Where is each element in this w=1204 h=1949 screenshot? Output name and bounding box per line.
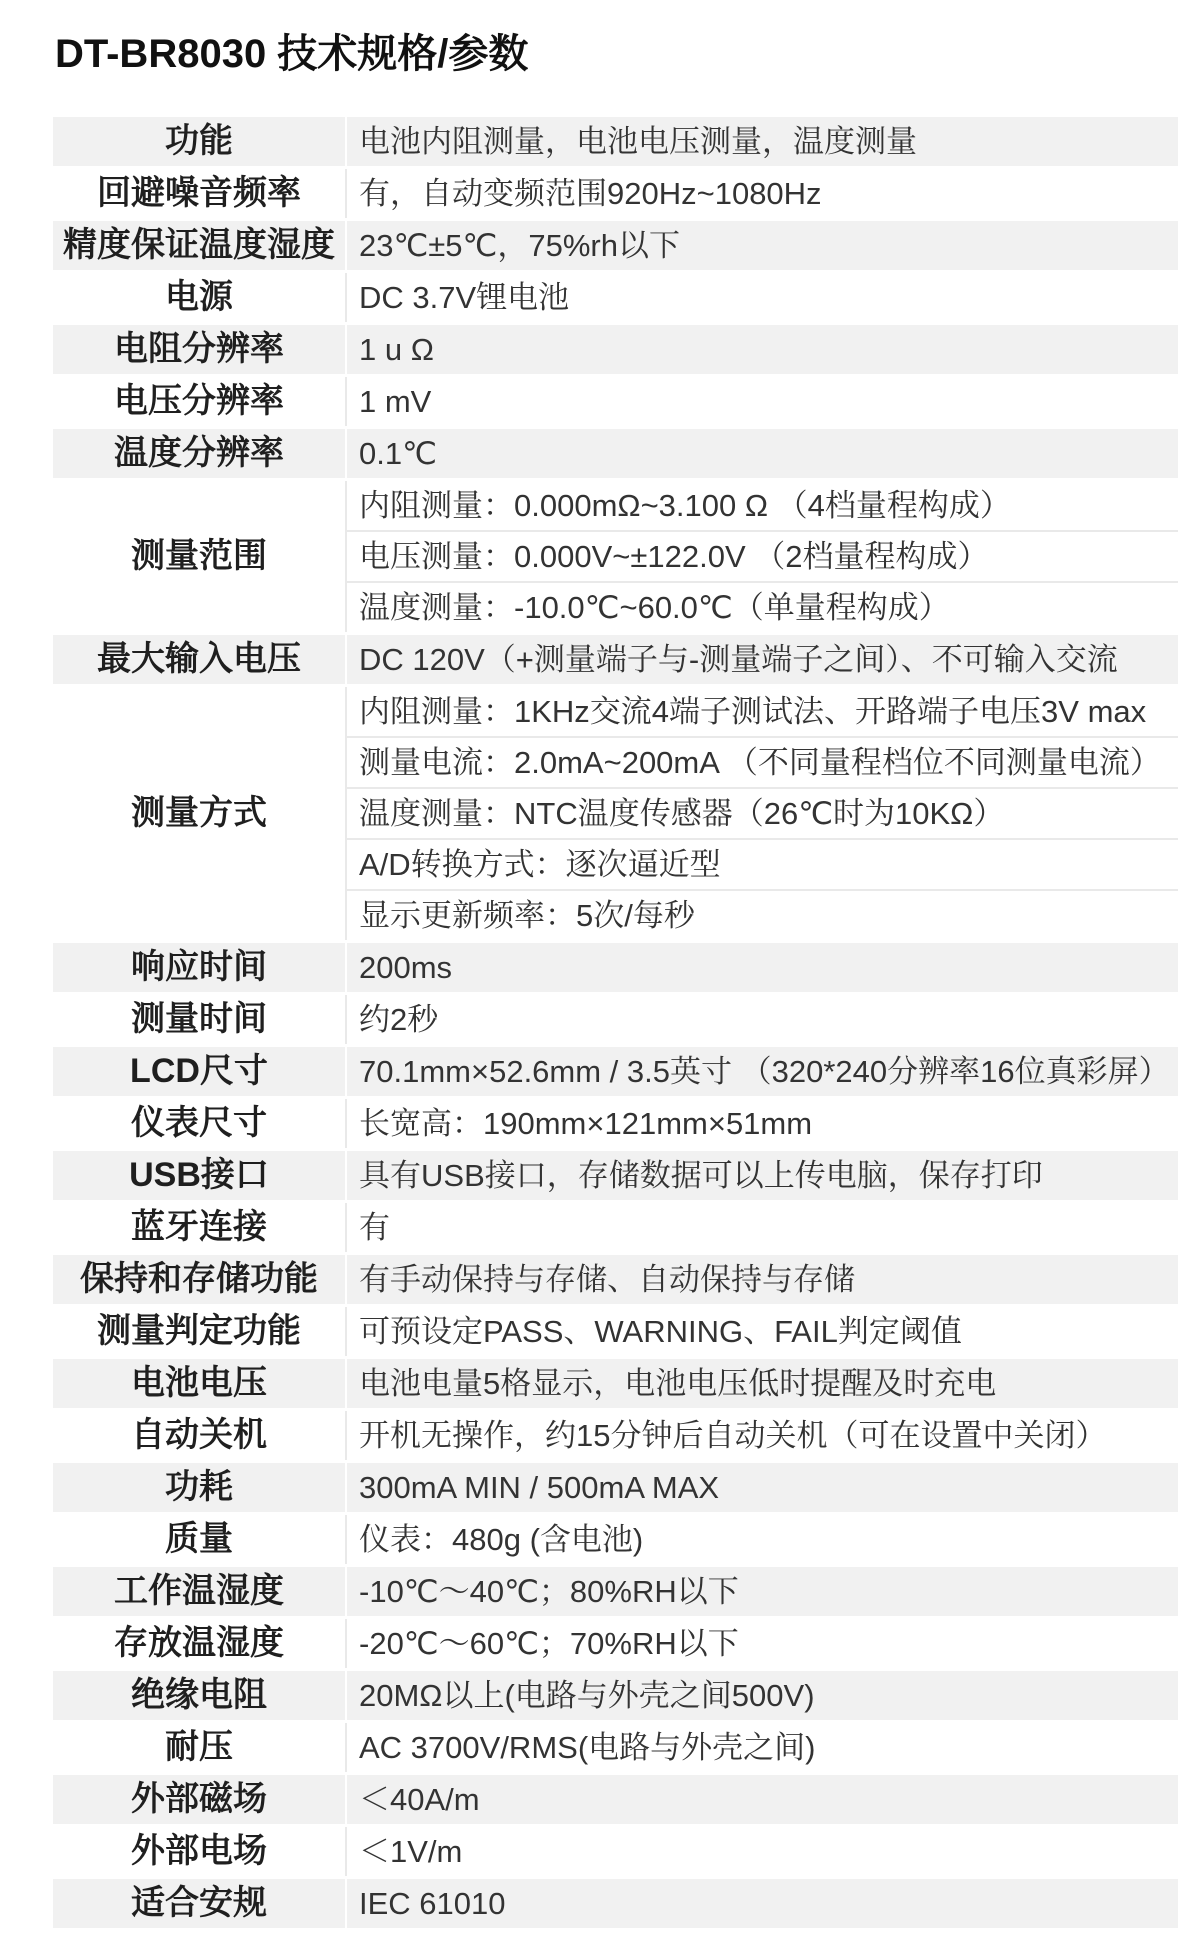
value-line: 23℃±5℃，75%rh以下: [347, 221, 1178, 270]
table-row: 质量仪表：480g (含电池): [53, 1515, 1178, 1564]
row-label: 质量: [53, 1515, 345, 1564]
row-value: ＜1V/m: [345, 1827, 1178, 1876]
row-label: 精度保证温度湿度: [53, 221, 345, 270]
row-label: 测量范围: [53, 481, 345, 632]
value-line: 300mA MIN / 500mA MAX: [347, 1463, 1178, 1512]
table-row: 响应时间200ms: [53, 943, 1178, 992]
row-label: 工作温湿度: [53, 1567, 345, 1616]
row-value: 0.1℃: [345, 429, 1178, 478]
row-label: 电池电压: [53, 1359, 345, 1408]
row-label: 测量时间: [53, 995, 345, 1044]
table-row: 回避噪音频率有，自动变频范围920Hz~1080Hz: [53, 169, 1178, 218]
table-row: 耐压AC 3700V/RMS(电路与外壳之间): [53, 1723, 1178, 1772]
value-line: 内阻测量：0.000mΩ~3.100 Ω （4档量程构成）: [347, 481, 1178, 530]
row-label: 外部磁场: [53, 1775, 345, 1824]
value-line: ＜40A/m: [347, 1775, 1178, 1824]
value-line: 温度测量：NTC温度传感器（26℃时为10KΩ）: [347, 787, 1178, 838]
row-value: AC 3700V/RMS(电路与外壳之间): [345, 1723, 1178, 1772]
row-value: 具有USB接口，存储数据可以上传电脑，保存打印: [345, 1151, 1178, 1200]
row-label: 蓝牙连接: [53, 1203, 345, 1252]
row-label: 回避噪音频率: [53, 169, 345, 218]
table-row: 电源DC 3.7V锂电池: [53, 273, 1178, 322]
value-line: 可预设定PASS、WARNING、FAIL判定阈值: [347, 1307, 1178, 1356]
row-label: 响应时间: [53, 943, 345, 992]
row-label: 测量方式: [53, 687, 345, 940]
value-line: 电池内阻测量，电池电压测量，温度测量: [347, 117, 1178, 166]
table-row: 外部电场＜1V/m: [53, 1827, 1178, 1876]
row-value: 有，自动变频范围920Hz~1080Hz: [345, 169, 1178, 218]
table-row: 工作温湿度-10℃～40℃；80%RH以下: [53, 1567, 1178, 1616]
row-value: DC 3.7V锂电池: [345, 273, 1178, 322]
table-row: USB接口具有USB接口，存储数据可以上传电脑，保存打印: [53, 1151, 1178, 1200]
row-value: 内阻测量：0.000mΩ~3.100 Ω （4档量程构成）电压测量：0.000V…: [345, 481, 1178, 632]
value-line: 测量电流：2.0mA~200mA （不同量程档位不同测量电流）: [347, 736, 1178, 787]
value-line: 有，自动变频范围920Hz~1080Hz: [347, 169, 1178, 218]
value-line: 长宽高：190mm×121mm×51mm: [347, 1099, 1178, 1148]
value-line: DC 120V（+测量端子与-测量端子之间）、不可输入交流: [347, 635, 1178, 684]
row-value: 开机无操作，约15分钟后自动关机（可在设置中关闭）: [345, 1411, 1178, 1460]
value-line: 200ms: [347, 943, 1178, 992]
row-label: 适合安规: [53, 1879, 345, 1928]
row-label: 存放温湿度: [53, 1619, 345, 1668]
table-row: 功能电池内阻测量，电池电压测量，温度测量: [53, 117, 1178, 166]
row-value: IEC 61010: [345, 1879, 1178, 1928]
row-label: 耐压: [53, 1723, 345, 1772]
table-row: 仪表尺寸长宽高：190mm×121mm×51mm: [53, 1099, 1178, 1148]
table-row: 存放温湿度-20℃～60℃；70%RH以下: [53, 1619, 1178, 1668]
row-value: 可预设定PASS、WARNING、FAIL判定阈值: [345, 1307, 1178, 1356]
row-label: 最大输入电压: [53, 635, 345, 684]
row-label: 仪表尺寸: [53, 1099, 345, 1148]
value-line: -10℃～40℃；80%RH以下: [347, 1567, 1178, 1616]
row-label: 功耗: [53, 1463, 345, 1512]
row-value: 电池电量5格显示，电池电压低时提醒及时充电: [345, 1359, 1178, 1408]
value-line: A/D转换方式：逐次逼近型: [347, 838, 1178, 889]
value-line: DC 3.7V锂电池: [347, 273, 1178, 322]
row-label: 电源: [53, 273, 345, 322]
row-value: 70.1mm×52.6mm / 3.5英寸 （320*240分辨率16位真彩屏）: [345, 1047, 1178, 1096]
row-value: 有: [345, 1203, 1178, 1252]
row-value: 有手动保持与存储、自动保持与存储: [345, 1255, 1178, 1304]
value-line: ＜1V/m: [347, 1827, 1178, 1876]
table-row: 最大输入电压DC 120V（+测量端子与-测量端子之间）、不可输入交流: [53, 635, 1178, 684]
row-value: DC 120V（+测量端子与-测量端子之间）、不可输入交流: [345, 635, 1178, 684]
row-label: 保持和存储功能: [53, 1255, 345, 1304]
row-label: 自动关机: [53, 1411, 345, 1460]
row-label: 电阻分辨率: [53, 325, 345, 374]
value-line: AC 3700V/RMS(电路与外壳之间): [347, 1723, 1178, 1772]
row-value: 1 mV: [345, 377, 1178, 426]
row-value: 内阻测量：1KHz交流4端子测试法、开路端子电压3V max测量电流：2.0mA…: [345, 687, 1178, 940]
row-label: 外部电场: [53, 1827, 345, 1876]
row-value: -20℃～60℃；70%RH以下: [345, 1619, 1178, 1668]
table-row: 电阻分辨率1 u Ω: [53, 325, 1178, 374]
table-row: 自动关机开机无操作，约15分钟后自动关机（可在设置中关闭）: [53, 1411, 1178, 1460]
value-line: 1 mV: [347, 377, 1178, 426]
value-line: 1 u Ω: [347, 325, 1178, 374]
value-line: -20℃～60℃；70%RH以下: [347, 1619, 1178, 1668]
table-row: 保持和存储功能有手动保持与存储、自动保持与存储: [53, 1255, 1178, 1304]
table-row: 电压分辨率1 mV: [53, 377, 1178, 426]
table-row: 测量判定功能可预设定PASS、WARNING、FAIL判定阈值: [53, 1307, 1178, 1356]
value-line: 20MΩ以上(电路与外壳之间500V): [347, 1671, 1178, 1720]
table-row: 适合安规IEC 61010: [53, 1879, 1178, 1928]
table-row: 蓝牙连接有: [53, 1203, 1178, 1252]
row-label: 功能: [53, 117, 345, 166]
row-value: ＜40A/m: [345, 1775, 1178, 1824]
spec-table: 功能电池内阻测量，电池电压测量，温度测量回避噪音频率有，自动变频范围920Hz~…: [53, 117, 1178, 1931]
table-row: 测量时间约2秒: [53, 995, 1178, 1044]
value-line: 70.1mm×52.6mm / 3.5英寸 （320*240分辨率16位真彩屏）: [347, 1047, 1178, 1096]
value-line: 显示更新频率：5次/每秒: [347, 889, 1178, 940]
value-line: 温度测量：-10.0℃~60.0℃（单量程构成）: [347, 581, 1178, 632]
row-value: 23℃±5℃，75%rh以下: [345, 221, 1178, 270]
value-line: 电压测量：0.000V~±122.0V （2档量程构成）: [347, 530, 1178, 581]
table-row: 测量范围内阻测量：0.000mΩ~3.100 Ω （4档量程构成）电压测量：0.…: [53, 481, 1178, 632]
value-line: 仪表：480g (含电池): [347, 1515, 1178, 1564]
value-line: 约2秒: [347, 995, 1178, 1044]
row-value: 20MΩ以上(电路与外壳之间500V): [345, 1671, 1178, 1720]
row-value: -10℃～40℃；80%RH以下: [345, 1567, 1178, 1616]
table-row: LCD尺寸70.1mm×52.6mm / 3.5英寸 （320*240分辨率16…: [53, 1047, 1178, 1096]
value-line: 有手动保持与存储、自动保持与存储: [347, 1255, 1178, 1304]
row-label: USB接口: [53, 1151, 345, 1200]
row-value: 仪表：480g (含电池): [345, 1515, 1178, 1564]
table-row: 外部磁场＜40A/m: [53, 1775, 1178, 1824]
row-value: 约2秒: [345, 995, 1178, 1044]
row-value: 200ms: [345, 943, 1178, 992]
value-line: 开机无操作，约15分钟后自动关机（可在设置中关闭）: [347, 1411, 1178, 1460]
row-value: 300mA MIN / 500mA MAX: [345, 1463, 1178, 1512]
table-row: 测量方式内阻测量：1KHz交流4端子测试法、开路端子电压3V max测量电流：2…: [53, 687, 1178, 940]
table-row: 功耗300mA MIN / 500mA MAX: [53, 1463, 1178, 1512]
value-line: IEC 61010: [347, 1879, 1178, 1928]
table-row: 绝缘电阻20MΩ以上(电路与外壳之间500V): [53, 1671, 1178, 1720]
value-line: 有: [347, 1203, 1178, 1252]
table-row: 电池电压电池电量5格显示，电池电压低时提醒及时充电: [53, 1359, 1178, 1408]
row-label: 测量判定功能: [53, 1307, 345, 1356]
row-value: 1 u Ω: [345, 325, 1178, 374]
row-label: 温度分辨率: [53, 429, 345, 478]
row-label: 电压分辨率: [53, 377, 345, 426]
value-line: 内阻测量：1KHz交流4端子测试法、开路端子电压3V max: [347, 687, 1178, 736]
page-title: DT-BR8030 技术规格/参数: [55, 22, 528, 79]
spec-sheet-page: DT-BR8030 技术规格/参数 功能电池内阻测量，电池电压测量，温度测量回避…: [0, 0, 1204, 1949]
row-value: 电池内阻测量，电池电压测量，温度测量: [345, 117, 1178, 166]
value-line: 电池电量5格显示，电池电压低时提醒及时充电: [347, 1359, 1178, 1408]
row-label: LCD尺寸: [53, 1047, 345, 1096]
value-line: 具有USB接口，存储数据可以上传电脑，保存打印: [347, 1151, 1178, 1200]
table-row: 精度保证温度湿度23℃±5℃，75%rh以下: [53, 221, 1178, 270]
value-line: 0.1℃: [347, 429, 1178, 478]
table-row: 温度分辨率0.1℃: [53, 429, 1178, 478]
row-label: 绝缘电阻: [53, 1671, 345, 1720]
row-value: 长宽高：190mm×121mm×51mm: [345, 1099, 1178, 1148]
